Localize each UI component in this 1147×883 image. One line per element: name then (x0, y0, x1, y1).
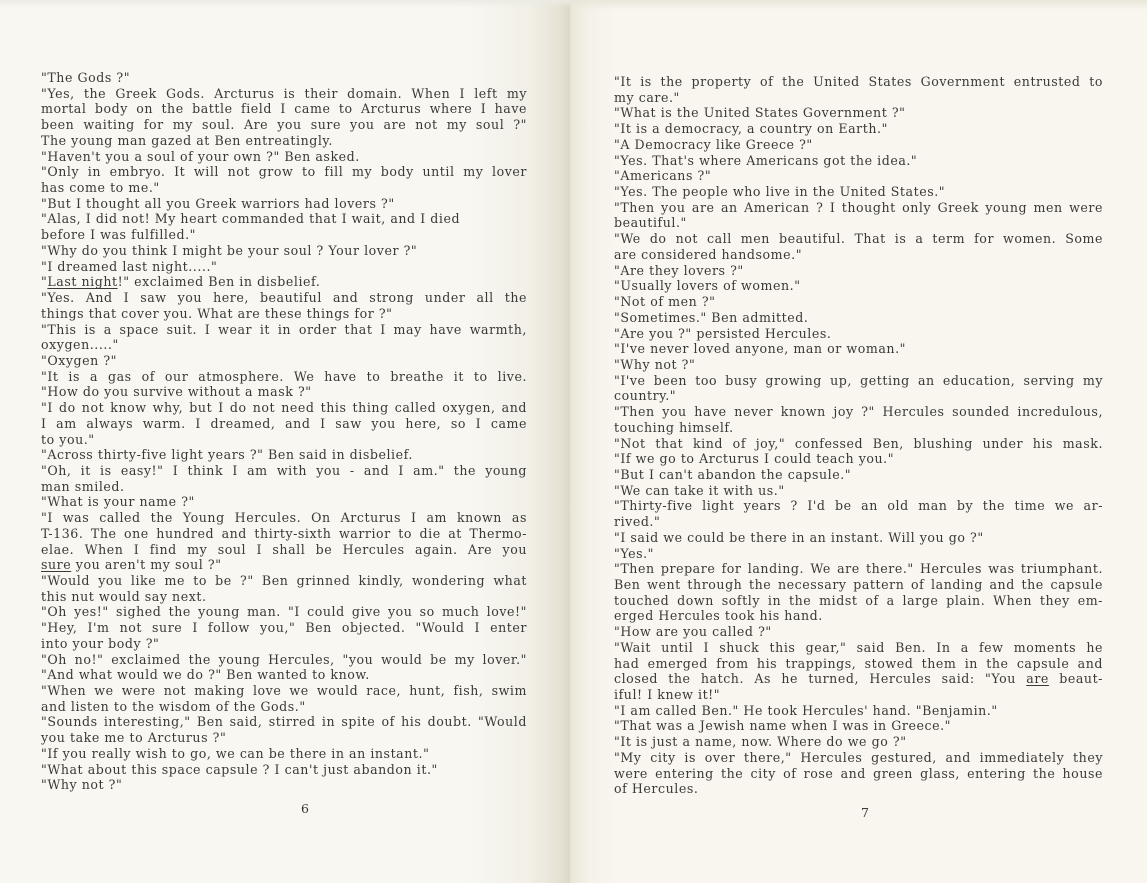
text-span: "It is just a name, now. Where do we go … (614, 734, 907, 749)
text-line: "Why do you think I might be your soul ?… (41, 243, 527, 259)
text-line: "I am called Ben." He took Hercules' han… (614, 703, 1103, 719)
text-line: been waiting for my soul. Are you sure y… (41, 117, 527, 133)
text-span: "Oh no!" exclaimed the young Hercules, "… (41, 652, 527, 667)
text-line: "That was a Jewish name when I was in Gr… (614, 718, 1103, 734)
text-span: iful! I knew it!" (614, 687, 720, 702)
book-spread: "The Gods ?""Yes, the Greek Gods. Arctur… (0, 0, 1147, 883)
text-line: had emerged from his trappings, stowed t… (614, 656, 1103, 672)
text-line: to you." (41, 432, 527, 448)
text-line: "Only in embryo. It will not grow to fil… (41, 164, 527, 180)
text-span: beaut- (1049, 671, 1103, 686)
text-line: of Hercules. (614, 781, 1103, 797)
text-line: "Oh, it is easy!" I think I am with you … (41, 463, 527, 479)
text-span: Ben went through the necessary pattern o… (614, 577, 1103, 592)
text-line: "Last night!" exclaimed Ben in disbelief… (41, 274, 527, 290)
text-span: "Are they lovers ?" (614, 263, 744, 278)
text-line: closed the hatch. As he turned, Hercules… (614, 671, 1103, 687)
text-span: "Haven't you a soul of your own ?" Ben a… (41, 149, 360, 164)
text-line: "We can take it with us." (614, 483, 1103, 499)
text-line: "The Gods ?" (41, 70, 527, 86)
text-line: "Not of men ?" (614, 294, 1103, 310)
text-line: "Wait until I shuck this gear," said Ben… (614, 640, 1103, 656)
text-line: beautiful." (614, 215, 1103, 231)
text-span: "Yes. The people who live in the United … (614, 184, 945, 199)
text-span: "What is the United States Government ?" (614, 105, 906, 120)
text-span: "I was called the Young Hercules. On Arc… (41, 510, 527, 525)
text-span: been waiting for my soul. Are you sure y… (41, 117, 527, 132)
text-line: my care." (614, 90, 1103, 106)
text-span: "Yes." (614, 546, 654, 561)
text-span: "It is a democracy, a country on Earth." (614, 121, 888, 136)
text-span: "A Democracy like Greece ?" (614, 137, 813, 152)
text-span: "Alas, I did not! My heart commanded tha… (41, 211, 460, 226)
text-line: "Yes. The people who live in the United … (614, 184, 1103, 200)
text-span: before I was fulfilled." (41, 227, 196, 242)
text-span: beautiful." (614, 215, 687, 230)
text-span: "Oxygen ?" (41, 353, 117, 368)
text-span: "We can take it with us." (614, 483, 785, 498)
text-span: mortal body on the battle field I came t… (41, 101, 527, 116)
text-line: "If we go to Arcturus I could teach you.… (614, 451, 1103, 467)
text-span: "Only in embryo. It will not grow to fil… (41, 164, 527, 179)
text-span: "This is a space suit. I wear it in orde… (41, 322, 527, 337)
text-span: "But I thought all you Greek warriors ha… (41, 196, 395, 211)
page-number: 7 (861, 805, 869, 820)
text-line: "What is the United States Government ?" (614, 105, 1103, 121)
text-span: "We do not call men beautiful. That is a… (614, 231, 1103, 246)
text-line: The young man gazed at Ben entreatingly. (41, 133, 527, 149)
text-span: !" exclaimed Ben in disbelief. (118, 274, 321, 289)
text-line: erged Hercules took his hand. (614, 608, 1103, 624)
underlined-text: Last night (47, 274, 117, 289)
text-span: "I do not know why, but I do not need th… (41, 400, 527, 415)
text-span: touched down softly in the midst of a la… (614, 593, 1103, 608)
text-line: "Why not ?" (614, 357, 1103, 373)
text-line: sure you aren't my soul ?" (41, 557, 527, 573)
text-span: rived." (614, 514, 660, 529)
text-span: "Sounds interesting," Ben said, stirred … (41, 714, 527, 729)
text-span: oxygen....." (41, 337, 119, 352)
text-span: closed the hatch. As he turned, Hercules… (614, 671, 1026, 686)
text-line: "Across thirty-five light years ?" Ben s… (41, 447, 527, 463)
text-span: are considered handsome." (614, 247, 802, 262)
right-page-text: "It is the property of the United States… (614, 74, 1103, 797)
text-span: "That was a Jewish name when I was in Gr… (614, 718, 951, 733)
text-span: "I've been too busy growing up, getting … (614, 373, 1103, 388)
text-span: "Not of men ?" (614, 294, 715, 309)
text-span: "I said we could be there in an instant.… (614, 530, 984, 545)
text-line: "It is a gas of our atmosphere. We have … (41, 369, 527, 385)
text-line: "Haven't you a soul of your own ?" Ben a… (41, 149, 527, 165)
text-span: my care." (614, 90, 680, 105)
text-line: "This is a space suit. I wear it in orde… (41, 322, 527, 338)
text-line: "I was called the Young Hercules. On Arc… (41, 510, 527, 526)
text-line: "A Democracy like Greece ?" (614, 137, 1103, 153)
text-span: "But I can't abandon the capsule." (614, 467, 851, 482)
text-line: "Are they lovers ?" (614, 263, 1103, 279)
text-span: "Not that kind of joy," confessed Ben, b… (614, 436, 1103, 451)
text-span: you aren't my soul ?" (71, 557, 221, 572)
text-span: "Americans ?" (614, 168, 711, 183)
text-line: "I've never loved anyone, man or woman." (614, 341, 1103, 357)
text-span: "If we go to Arcturus I could teach you.… (614, 451, 894, 466)
text-line: Ben went through the necessary pattern o… (614, 577, 1103, 593)
text-span: you take me to Arcturus ?" (41, 730, 226, 745)
text-line: "Oxygen ?" (41, 353, 527, 369)
text-line: "Then you are an American ? I thought on… (614, 200, 1103, 216)
text-span: has come to me." (41, 180, 160, 195)
text-span: "It is a gas of our atmosphere. We have … (41, 369, 527, 384)
text-line: "Then prepare for landing. We are there.… (614, 561, 1103, 577)
text-span: into your body ?" (41, 636, 159, 651)
text-line: "Thirty-five light years ? I'd be an old… (614, 498, 1103, 514)
text-line: "Sounds interesting," Ben said, stirred … (41, 714, 527, 730)
text-line: "But I can't abandon the capsule." (614, 467, 1103, 483)
text-line: "Yes." (614, 546, 1103, 562)
text-line: has come to me." (41, 180, 527, 196)
text-line: and listen to the wisdom of the Gods." (41, 699, 527, 715)
text-line: "Are you ?" persisted Hercules. (614, 326, 1103, 342)
text-span: "Across thirty-five light years ?" Ben s… (41, 447, 413, 462)
text-span: "Thirty-five light years ? I'd be an old… (614, 498, 1103, 513)
text-line: "I do not know why, but I do not need th… (41, 400, 527, 416)
text-span: things that cover you. What are these th… (41, 306, 392, 321)
text-line: "I dreamed last night....." (41, 259, 527, 275)
text-span: "It is the property of the United States… (614, 74, 1103, 89)
text-line: you take me to Arcturus ?" (41, 730, 527, 746)
text-line: "How do you survive without a mask ?" (41, 384, 527, 400)
text-line: "It is just a name, now. Where do we go … (614, 734, 1103, 750)
text-span: man smiled. (41, 479, 125, 494)
text-span: "Wait until I shuck this gear," said Ben… (614, 640, 1103, 655)
text-line: "And what would we do ?" Ben wanted to k… (41, 667, 527, 683)
text-line: "Sometimes." Ben admitted. (614, 310, 1103, 326)
text-span: "Would you like me to be ?" Ben grinned … (41, 573, 527, 588)
text-span: "Yes. And I saw you here, beautiful and … (41, 290, 527, 305)
text-line: this nut would say next. (41, 589, 527, 605)
text-span: "I've never loved anyone, man or woman." (614, 341, 906, 356)
text-line: iful! I knew it!" (614, 687, 1103, 703)
text-line: rived." (614, 514, 1103, 530)
text-line: "Then you have never known joy ?" Hercul… (614, 404, 1103, 420)
text-span: "What is your name ?" (41, 494, 195, 509)
text-span: "What about this space capsule ? I can't… (41, 762, 438, 777)
text-span: "Hey, I'm not sure I follow you," Ben ob… (41, 620, 527, 635)
text-span: "I am called Ben." He took Hercules' han… (614, 703, 998, 718)
text-line: "When we were not making love we would r… (41, 683, 527, 699)
text-line: "Would you like me to be ?" Ben grinned … (41, 573, 527, 589)
page-number: 6 (301, 801, 309, 816)
text-span: "Oh yes!" sighed the young man. "I could… (41, 604, 527, 619)
text-line: were entering the city of rose and green… (614, 766, 1103, 782)
text-span: "Oh, it is easy!" I think I am with you … (41, 463, 527, 478)
text-line: T-136. The one hundred and thirty-sixth … (41, 526, 527, 542)
text-line: "It is the property of the United States… (614, 74, 1103, 90)
text-line: "Alas, I did not! My heart commanded tha… (41, 211, 527, 227)
text-span: "Are you ?" persisted Hercules. (614, 326, 831, 341)
text-span: "Then you have never known joy ?" Hercul… (614, 404, 1103, 419)
text-span: "The Gods ?" (41, 70, 130, 85)
text-line: country." (614, 388, 1103, 404)
text-span: had emerged from his trappings, stowed t… (614, 656, 1103, 671)
text-line: "Oh no!" exclaimed the young Hercules, "… (41, 652, 527, 668)
text-span: this nut would say next. (41, 589, 207, 604)
text-line: touched down softly in the midst of a la… (614, 593, 1103, 609)
text-line: into your body ?" (41, 636, 527, 652)
text-line: "But I thought all you Greek warriors ha… (41, 196, 527, 212)
text-span: "I dreamed last night....." (41, 259, 217, 274)
text-span: I am always warm. I dreamed, and I saw y… (41, 416, 527, 431)
text-line: "Yes. That's where Americans got the ide… (614, 153, 1103, 169)
text-line: "Americans ?" (614, 168, 1103, 184)
text-span: "Why do you think I might be your soul ?… (41, 243, 417, 258)
text-line: before I was fulfilled." (41, 227, 527, 243)
text-span: "Why not ?" (614, 357, 695, 372)
text-span: and listen to the wisdom of the Gods." (41, 699, 306, 714)
text-line: "If you really wish to go, we can be the… (41, 746, 527, 762)
text-span: "Usually lovers of women." (614, 278, 801, 293)
text-span: "Sometimes." Ben admitted. (614, 310, 808, 325)
text-line: "Usually lovers of women." (614, 278, 1103, 294)
text-line: "Yes. And I saw you here, beautiful and … (41, 290, 527, 306)
text-line: "Yes, the Greek Gods. Arcturus is their … (41, 86, 527, 102)
text-line: "We do not call men beautiful. That is a… (614, 231, 1103, 247)
text-span: "Then you are an American ? I thought on… (614, 200, 1103, 215)
text-line: "How are you called ?" (614, 624, 1103, 640)
text-line: "What about this space capsule ? I can't… (41, 762, 527, 778)
text-span: "How do you survive without a mask ?" (41, 384, 312, 399)
text-span: "And what would we do ?" Ben wanted to k… (41, 667, 370, 682)
text-span: "If you really wish to go, we can be the… (41, 746, 429, 761)
text-line: "Hey, I'm not sure I follow you," Ben ob… (41, 620, 527, 636)
left-page-text: "The Gods ?""Yes, the Greek Gods. Arctur… (41, 70, 527, 793)
text-span: "Yes. That's where Americans got the ide… (614, 153, 917, 168)
text-line: elae. When I find my soul I shall be Her… (41, 542, 527, 558)
text-span: touching himself. (614, 420, 734, 435)
text-span: "How are you called ?" (614, 624, 772, 639)
text-line: man smiled. (41, 479, 527, 495)
text-line: "Oh yes!" sighed the young man. "I could… (41, 604, 527, 620)
right-page: "It is the property of the United States… (570, 0, 1147, 883)
text-span: erged Hercules took his hand. (614, 608, 823, 623)
text-line: mortal body on the battle field I came t… (41, 101, 527, 117)
text-line: are considered handsome." (614, 247, 1103, 263)
text-span: to you." (41, 432, 95, 447)
text-span: elae. When I find my soul I shall be Her… (41, 542, 527, 557)
text-span: were entering the city of rose and green… (614, 766, 1103, 781)
underlined-text: sure (41, 557, 71, 572)
text-span: "Why not ?" (41, 777, 122, 792)
text-span: "Then prepare for landing. We are there.… (614, 561, 1103, 576)
text-line: "I said we could be there in an instant.… (614, 530, 1103, 546)
text-span: The young man gazed at Ben entreatingly. (41, 133, 333, 148)
text-span: "My city is over there," Hercules gestur… (614, 750, 1103, 765)
text-line: oxygen....." (41, 337, 527, 353)
left-page: "The Gods ?""Yes, the Greek Gods. Arctur… (0, 0, 570, 883)
text-span: of Hercules. (614, 781, 698, 796)
text-line: touching himself. (614, 420, 1103, 436)
text-span: "When we were not making love we would r… (41, 683, 527, 698)
text-line: "It is a democracy, a country on Earth." (614, 121, 1103, 137)
text-span: "Yes, the Greek Gods. Arcturus is their … (41, 86, 527, 101)
text-line: "Not that kind of joy," confessed Ben, b… (614, 436, 1103, 452)
text-line: "Why not ?" (41, 777, 527, 793)
text-span: T-136. The one hundred and thirty-sixth … (41, 526, 527, 541)
underlined-text: are (1026, 671, 1049, 686)
text-line: "My city is over there," Hercules gestur… (614, 750, 1103, 766)
text-line: "I've been too busy growing up, getting … (614, 373, 1103, 389)
text-line: I am always warm. I dreamed, and I saw y… (41, 416, 527, 432)
text-line: "What is your name ?" (41, 494, 527, 510)
text-line: things that cover you. What are these th… (41, 306, 527, 322)
text-span: country." (614, 388, 676, 403)
